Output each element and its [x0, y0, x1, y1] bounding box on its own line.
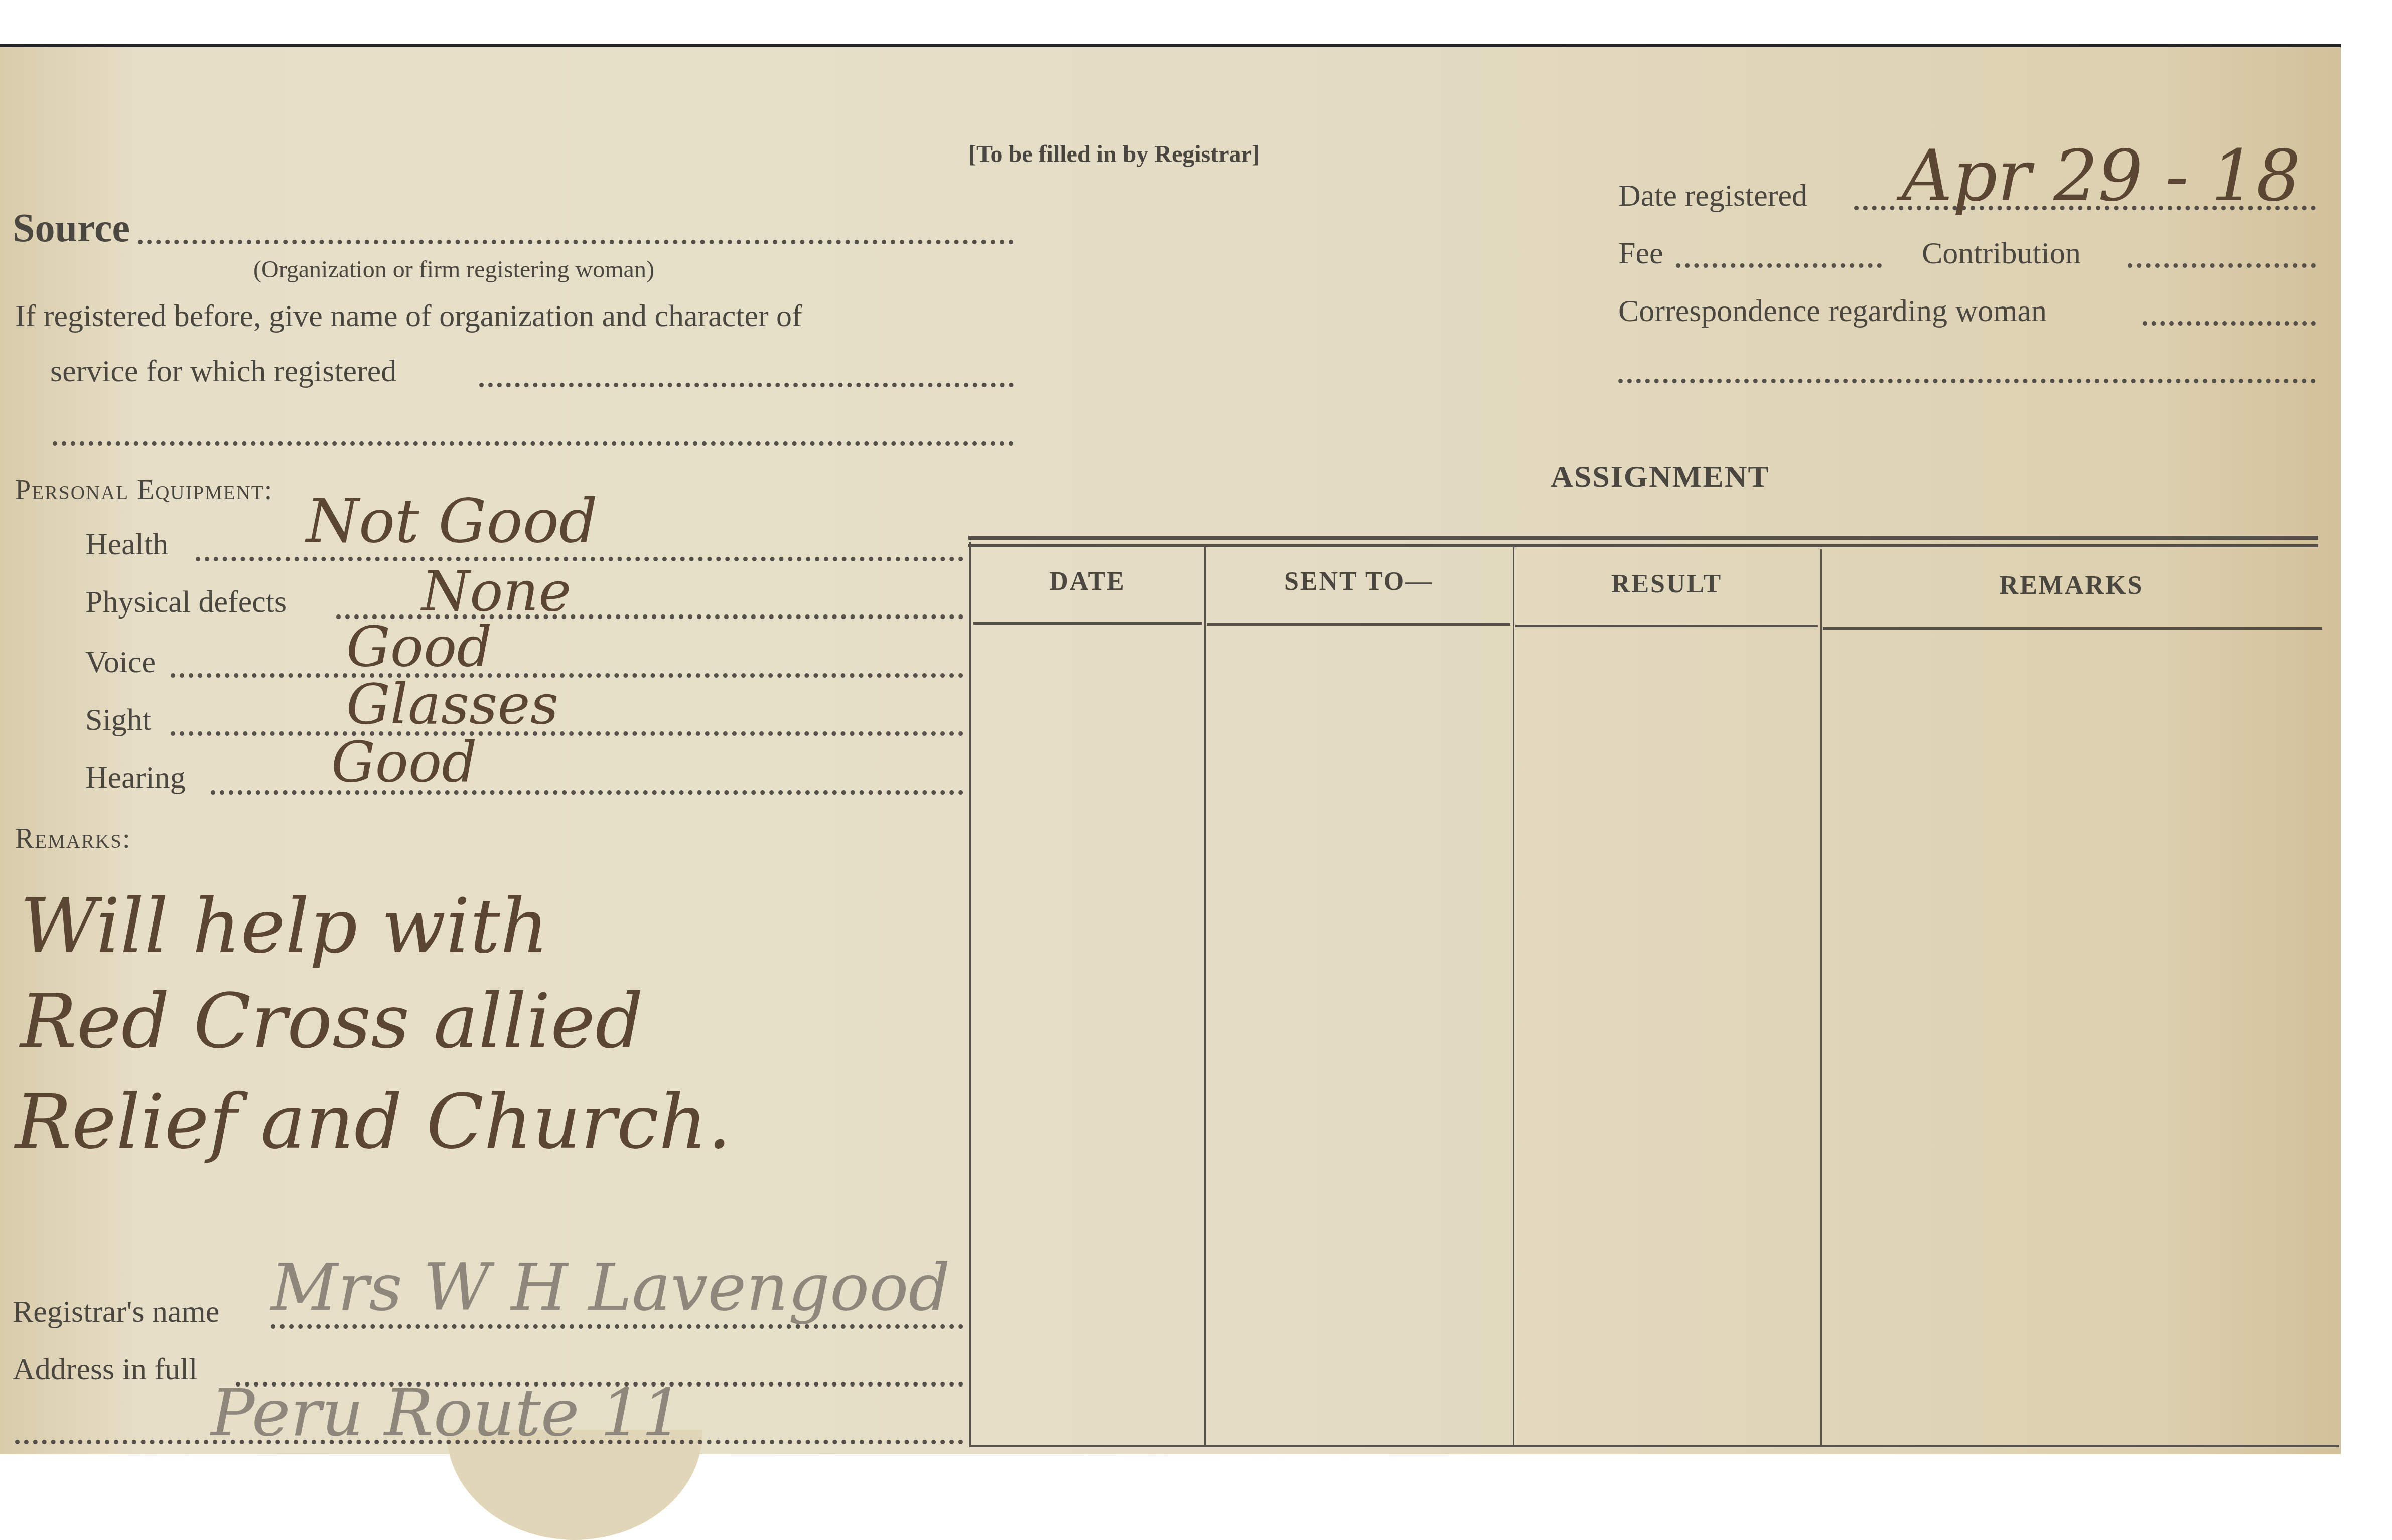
header-rule-date [973, 622, 1202, 625]
remarks-line-1: Will help with [20, 883, 548, 970]
table-top-rule-2 [968, 544, 2318, 547]
health-value: Not Good [306, 487, 598, 556]
table-top-rule [968, 536, 2318, 540]
remarks-line-3: Relief and Church. [15, 1079, 731, 1166]
sight-value: Glasses [346, 672, 558, 736]
header-rule-result [1515, 625, 1818, 627]
table-col-border-3 [1820, 549, 1822, 1445]
hearing-value: Good [331, 730, 477, 794]
health-field[interactable] [196, 557, 963, 561]
source-hint: (Organization or firm registering woman) [253, 256, 654, 283]
address-label: Address in full [13, 1352, 198, 1388]
registrar-name-label: Registrar's name [13, 1294, 219, 1330]
remarks-label: Remarks: [15, 823, 131, 855]
physical-defects-label: Physical defects [85, 584, 287, 620]
header-rule-sent-to [1207, 623, 1510, 626]
service-field-line2[interactable] [53, 441, 1014, 446]
health-label: Health [85, 527, 168, 562]
registrar-name-value: Mrs W H Lavengood [271, 1249, 950, 1325]
hearing-field[interactable] [211, 790, 963, 795]
fee-label: Fee [1618, 236, 1663, 271]
contribution-label: Contribution [1922, 236, 2081, 271]
table-bottom-rule [969, 1445, 2339, 1447]
correspondence-label: Correspondence regarding woman [1618, 293, 2047, 329]
column-header-remarks: REMARKS [1820, 571, 2322, 600]
table-col-border-1 [1204, 547, 1206, 1445]
personal-equipment-label: Personal Equipment: [15, 474, 273, 506]
column-header-result: RESULT [1513, 569, 1820, 599]
assignment-title: ASSIGNMENT [1551, 459, 1770, 495]
service-field[interactable] [479, 383, 1014, 387]
column-header-sent-to: SENT TO— [1204, 567, 1513, 596]
correspondence-field-line2[interactable] [1618, 379, 2316, 383]
column-header-date: DATE [971, 567, 1204, 596]
table-col-border-2 [1513, 547, 1514, 1445]
header-rule-remarks [1823, 627, 2322, 630]
source-field[interactable] [138, 240, 1014, 244]
date-registered-label: Date registered [1618, 178, 1807, 214]
remarks-line-2: Red Cross allied [20, 978, 643, 1065]
physical-defects-value: None [421, 559, 571, 624]
voice-label: Voice [85, 645, 156, 680]
hearing-label: Hearing [85, 760, 186, 796]
table-col-border-0 [969, 542, 971, 1445]
fee-field[interactable] [1676, 263, 1882, 268]
voice-value: Good [346, 614, 492, 679]
correspondence-field[interactable] [2143, 321, 2316, 326]
address-value: Peru Route 11 [211, 1374, 683, 1451]
date-registered-value: Apr 29 - 18 [1902, 135, 2301, 217]
registered-before-text: If registered before, give name of organ… [15, 298, 802, 334]
voice-field[interactable] [171, 673, 963, 678]
instruction-text: [To be filled in by Registrar] [968, 140, 1260, 168]
service-text: service for which registered [50, 354, 396, 389]
sight-label: Sight [85, 702, 151, 738]
contribution-field[interactable] [2128, 263, 2316, 268]
sight-field[interactable] [171, 731, 963, 736]
source-label: Source [13, 206, 130, 251]
